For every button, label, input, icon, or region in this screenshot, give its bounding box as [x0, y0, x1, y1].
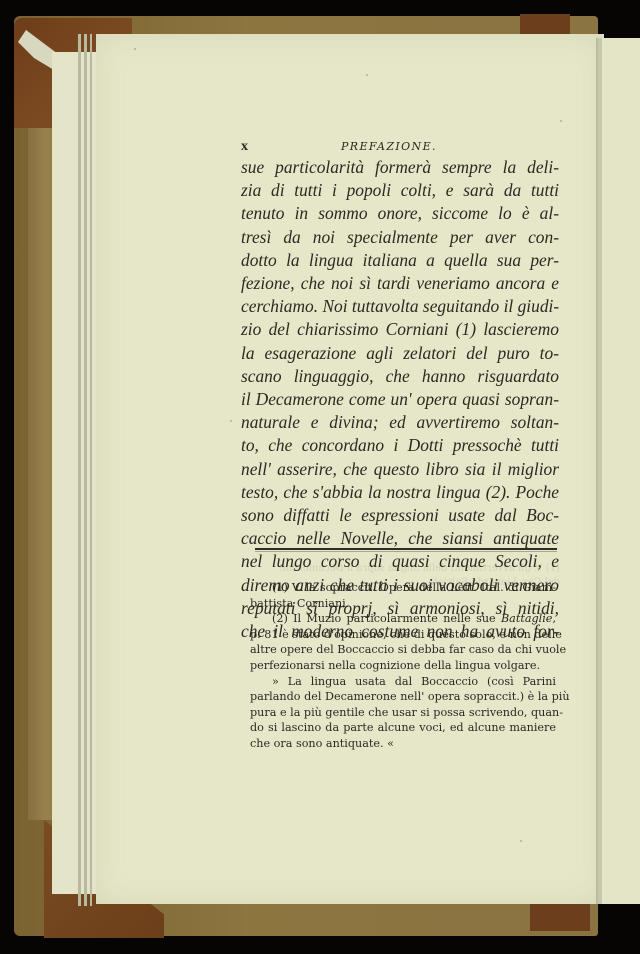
- text-line: to, che concordano i Dotti pressochè tut…: [241, 434, 559, 457]
- leather-corner-bottom-right: [530, 903, 590, 931]
- paper-speck: [560, 120, 562, 122]
- text-line: zio del chiarissimo Corniani (1) lascier…: [241, 318, 559, 341]
- text-line: zia di tutti i popoli colti, e sarà da t…: [241, 179, 559, 202]
- footnote-1-line: battista Corniani.: [250, 596, 556, 612]
- text-line: sono diffatti le espressioni usate dal B…: [241, 504, 559, 527]
- page-number: x: [241, 139, 248, 155]
- footnote-rule-shadow: [255, 551, 557, 552]
- facing-page: [598, 38, 640, 904]
- running-head: x PREFAZIONE.: [241, 139, 559, 157]
- text-line: testo, che s'abbia la nostra lingua (2).…: [241, 481, 559, 504]
- text-line: tresì da noi specialmente per aver con-: [241, 226, 559, 249]
- footnote-2-lead: (2) Il Muzio particolarmente nelle sue B…: [250, 611, 556, 627]
- text-line: il Decamerone come un' opera quasi sopra…: [241, 388, 559, 411]
- text-line: caccio nelle Novelle, che siansi antiqua…: [241, 527, 559, 550]
- footnote-2-line: altre opere del Boccaccio si debba far c…: [250, 642, 556, 658]
- text-line: cerchiamo. Noi tuttavolta seguitando il …: [241, 295, 559, 318]
- text-line: naturale e divina; ed avvertiremo soltan…: [241, 411, 559, 434]
- footnote-quote-line: » La lingua usata dal Boccaccio (così Pa…: [250, 674, 556, 690]
- footnote-quote-line: do si lascino da parte alcune voci, ed a…: [250, 720, 556, 736]
- footnote-2-comma: ,: [552, 612, 556, 625]
- paper-speck: [366, 74, 368, 76]
- footnote-rule: [255, 548, 557, 550]
- page-stack-edge: [78, 34, 81, 906]
- text-line: nell' asserire, che questo libro sia il …: [241, 458, 559, 481]
- text-line: fezione, che noi sì tardi veneriamo anco…: [241, 272, 559, 295]
- footnote-quote-line: parlando del Decamerone nell' opera sopr…: [250, 689, 556, 705]
- footnote-2-italic-title: Battaglie: [501, 612, 553, 625]
- text-line: dotto la lingua italiana a quella sua pe…: [241, 249, 559, 272]
- paper-speck: [134, 48, 136, 50]
- text-line: scano linguaggio, che hanno risguardato: [241, 365, 559, 388]
- text-line: tenuto in sommo onore, siccome lo è al-: [241, 202, 559, 225]
- footnotes: (1) V. la sopraccit. Opera della Lett. I…: [250, 580, 556, 752]
- paper-speck: [520, 840, 522, 842]
- footnote-2-line: perfezionarsi nella cognizione della lin…: [250, 658, 556, 674]
- running-head-title: PREFAZIONE.: [341, 140, 437, 153]
- page-stack-edge: [84, 34, 87, 906]
- footnote-2-line: p. 81 è stato d'opinione, che di questo …: [250, 627, 556, 643]
- paper-speck: [230, 420, 232, 422]
- footnote-2-lead-text: (2) Il Muzio particolarmente nelle sue: [272, 612, 496, 625]
- leather-corner-top-right: [520, 14, 570, 36]
- book-scan: x PREFAZIONE. sue particolarità formerà …: [0, 0, 640, 954]
- text-line: sue particolarità formerà sempre la deli…: [241, 156, 559, 179]
- page-stack-edge: [90, 34, 92, 906]
- footnote-quote-line: che ora sono antiquate. «: [250, 736, 556, 752]
- footnote-quote-line: pura e la più gentile che usar si possa …: [250, 705, 556, 721]
- footnote-1-line: (1) V. la sopraccit. Opera della Lett. I…: [250, 580, 556, 596]
- text-line: la esagerazione agli zelatori del puro t…: [241, 342, 559, 365]
